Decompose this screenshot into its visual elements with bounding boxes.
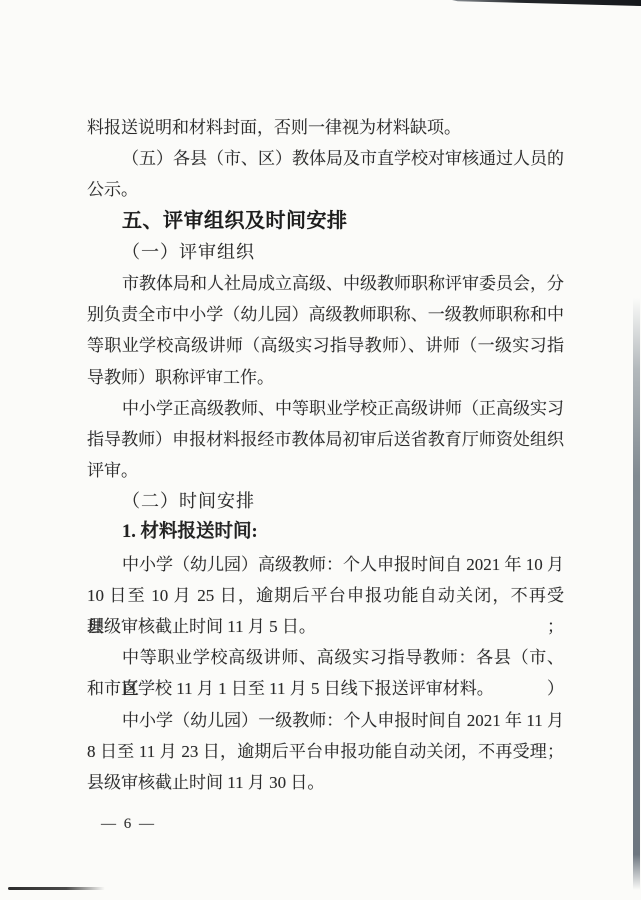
subsection-heading: （二）时间安排 [87,486,564,517]
scan-artifact-bottom-left-mark [8,887,105,890]
text-line: 导教师）职称评审工作。 [87,362,564,393]
text-line: 指导教师）申报材料报经市教体局初审后送省教育厅师资处组织 [87,424,564,455]
text-line: （五）各县（市、区）教体局及市直学校对审核通过人员的 [87,143,564,174]
text-line: 中小学正高级教师、中等职业学校正高级讲师（正高级实习 [87,393,564,424]
text-line: 料报送说明和材料封面，否则一律视为材料缺项。 [87,112,564,143]
text-line: 8 日至 11 月 23 日，逾期后平台申报功能自动关闭，不再受理； [87,736,564,767]
text-line: 公示。 [87,174,564,205]
text-line: 中小学（幼儿园）高级教师：个人申报时间自 2021 年 10 月 [87,549,564,580]
numbered-item-heading: 1. 材料报送时间: [87,517,564,548]
document-body: 料报送说明和材料封面，否则一律视为材料缺项。 （五）各县（市、区）教体局及市直学… [87,112,564,798]
text-line: 县级审核截止时间 11 月 30 日。 [87,767,564,798]
document-page: 料报送说明和材料封面，否则一律视为材料缺项。 （五）各县（市、区）教体局及市直学… [0,0,641,900]
page-number: — 6 — [101,816,156,833]
scan-artifact-top-right-shadow [452,0,641,6]
text-line: 10 日至 10 月 25 日，逾期后平台申报功能自动关闭，不再受理； [87,580,564,611]
text-line: 评审。 [87,455,564,486]
text-line: 市教体局和人社局成立高级、中级教师职称评审委员会，分 [87,268,564,299]
text-line: 别负责全市中小学（幼儿园）高级教师职称、一级教师职称和中 [87,299,564,330]
subsection-heading: （一）评审组织 [87,237,564,268]
text-line: 等职业学校高级讲师（高级实习指导教师）、讲师（一级实习指 [87,330,564,361]
scan-artifact-right-edge-shadow [633,298,640,890]
text-line: 中等职业学校高级讲师、高级实习指导教师：各县（市、区） [87,642,564,673]
text-line: 和市直学校 11 月 1 日至 11 月 5 日线下报送评审材料。 [87,673,564,704]
section-heading: 五、评审组织及时间安排 [87,206,564,237]
text-line: 中小学（幼儿园）一级教师：个人申报时间自 2021 年 11 月 [87,705,564,736]
